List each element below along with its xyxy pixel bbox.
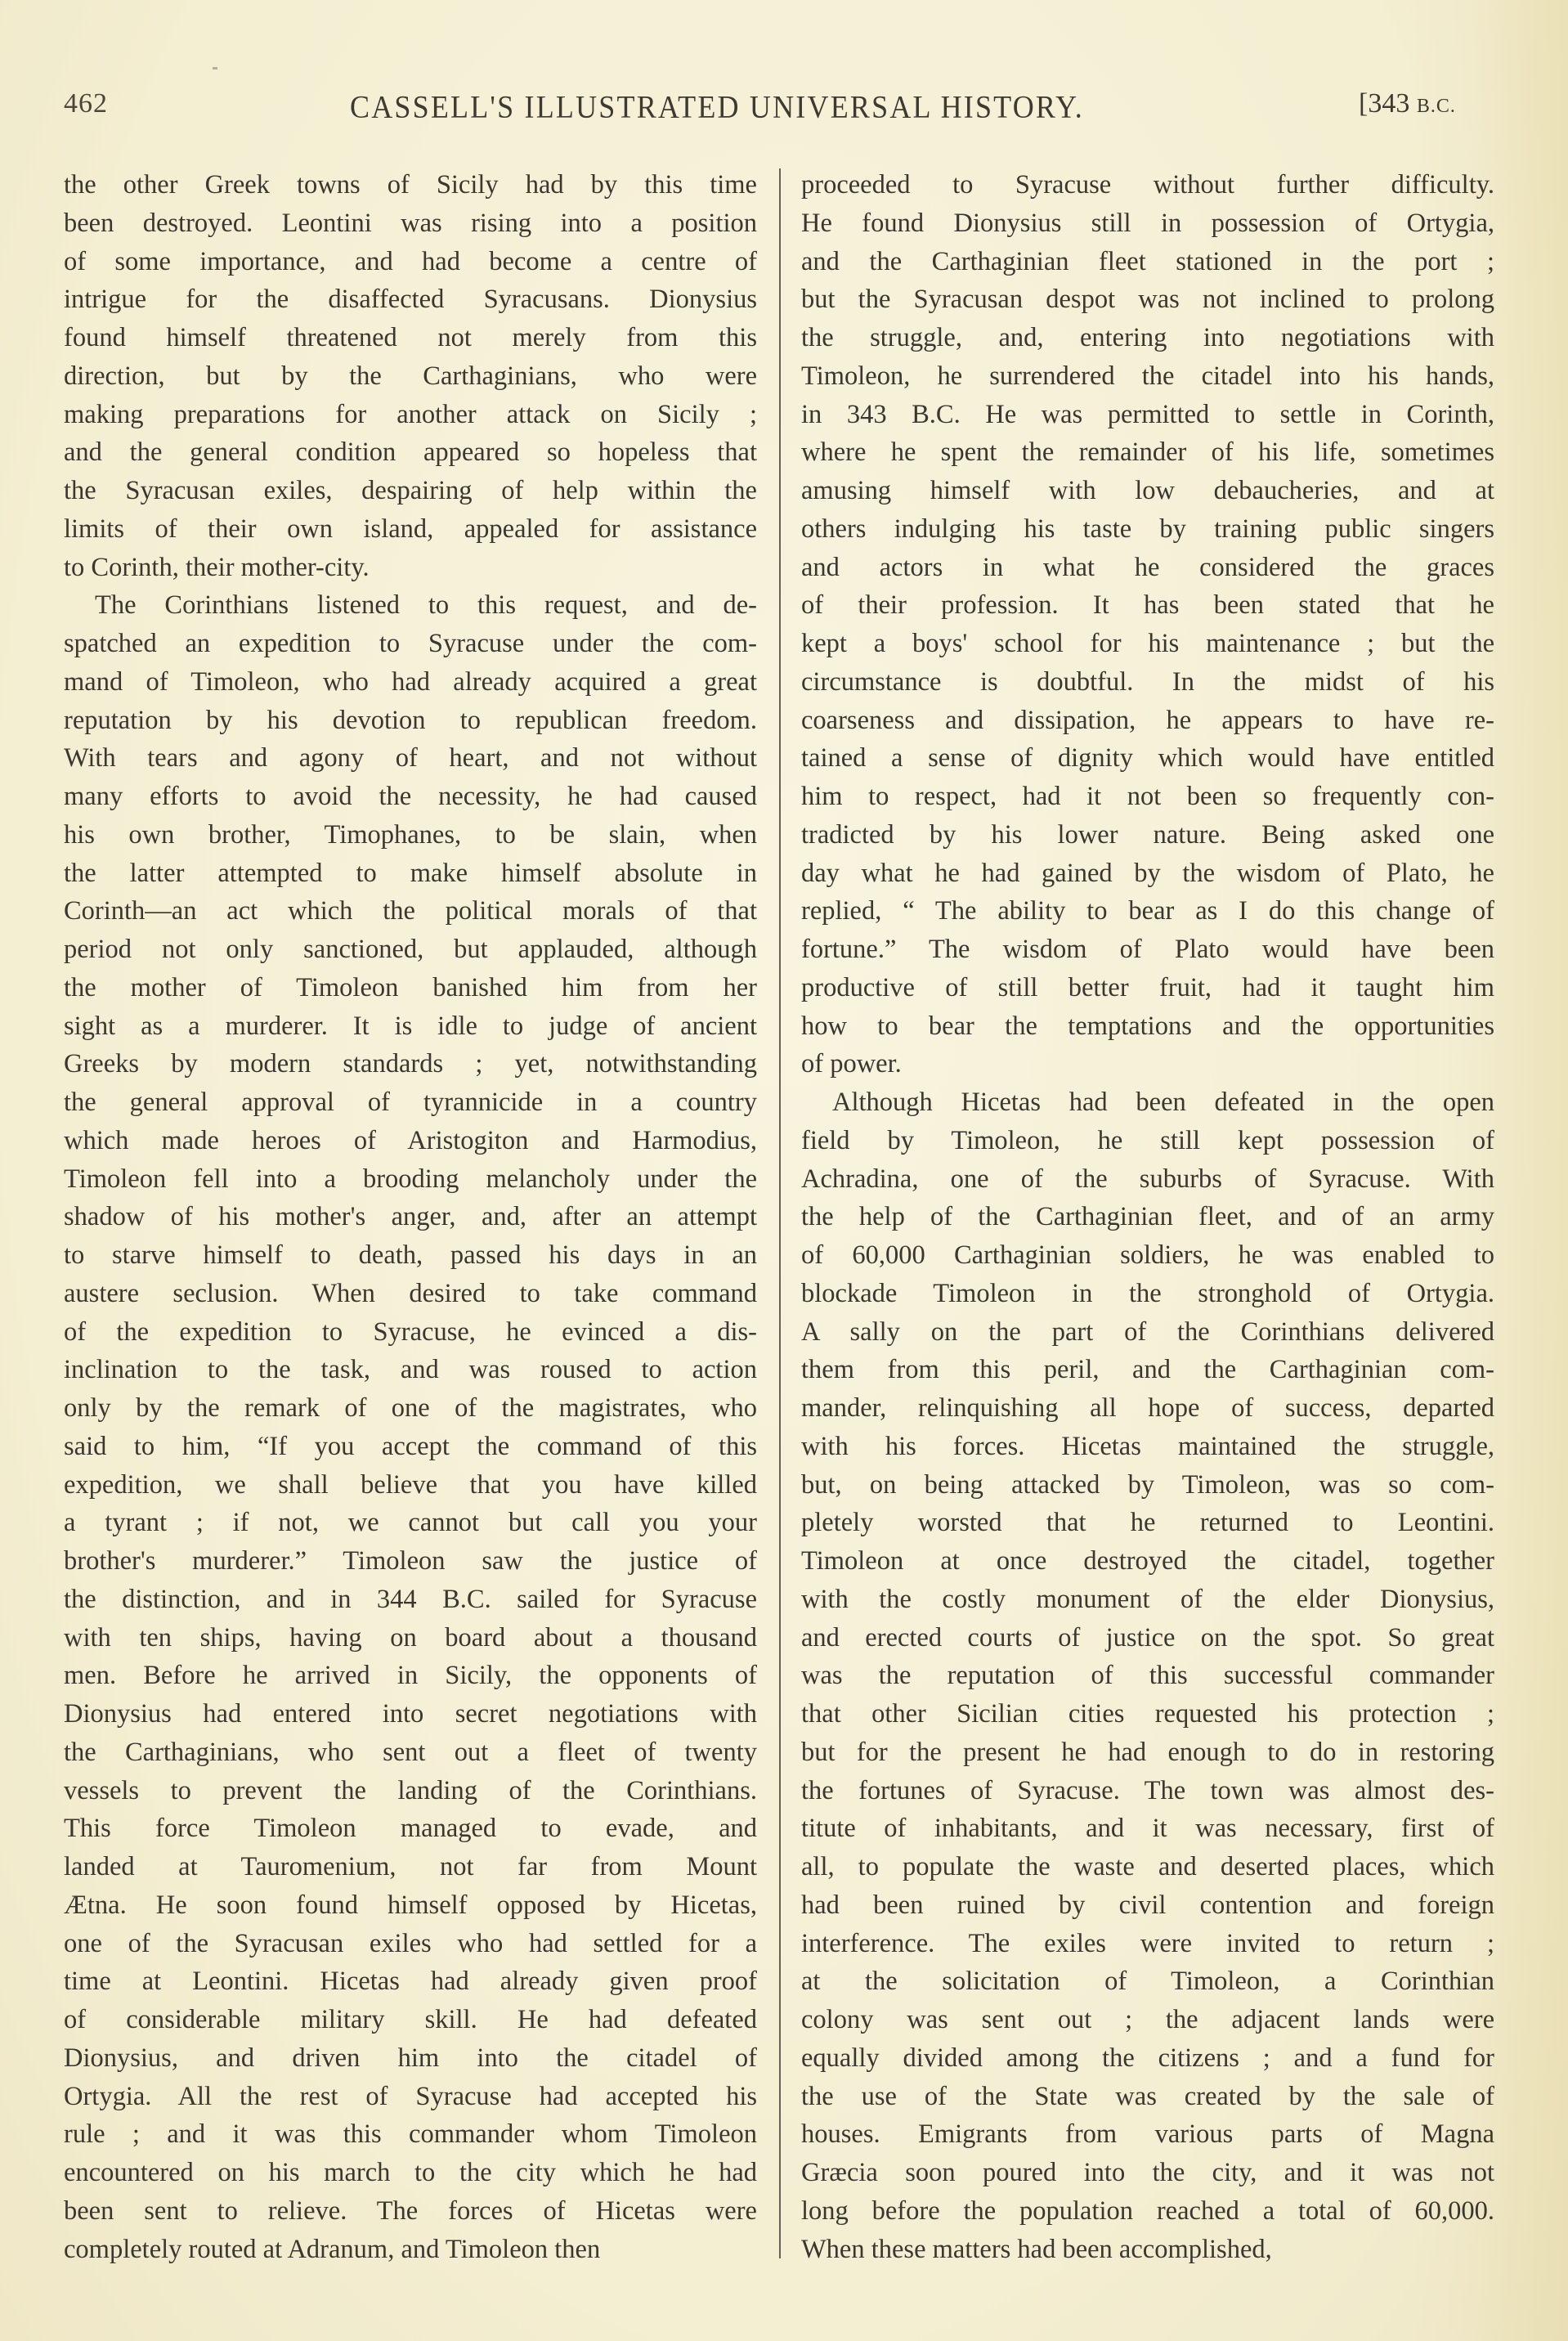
text-line: Ortygia. All the rest of Syracuse had ac…	[64, 2078, 757, 2116]
text-line: completely routed at Adranum, and Timole…	[64, 2231, 757, 2269]
text-line: of some importance, and had become a cen…	[64, 243, 757, 281]
text-line: which made heroes of Aristogiton and Har…	[64, 1122, 757, 1160]
text-line: houses. Emigrants from various parts of …	[801, 2115, 1494, 2154]
text-line: the other Greek towns of Sicily had by t…	[64, 166, 757, 204]
text-line: making preparations for another attack o…	[64, 396, 757, 434]
text-line: and erected courts of justice on the spo…	[801, 1619, 1494, 1657]
text-line: the use of the State was created by the …	[801, 2078, 1494, 2116]
text-line: Dionysius, and driven him into the citad…	[64, 2039, 757, 2078]
text-line: time at Leontini. Hicetas had already gi…	[64, 1962, 757, 2001]
text-line: Greeks by modern standards ; yet, notwit…	[64, 1045, 757, 1083]
text-line: sight as a murderer. It is idle to judge…	[64, 1007, 757, 1046]
text-line: with the costly monument of the elder Di…	[801, 1581, 1494, 1619]
column-divider-rule	[779, 168, 781, 2258]
text-line: been sent to relieve. The forces of Hice…	[64, 2192, 757, 2231]
text-line: The Corinthians listened to this request…	[64, 586, 757, 625]
text-line: interference. The exiles were invited to…	[801, 1925, 1494, 1963]
text-line: blockade Timoleon in the stronghold of O…	[801, 1275, 1494, 1313]
text-line: This force Timoleon managed to evade, an…	[64, 1810, 757, 1848]
text-line: had been ruined by civil contention and …	[801, 1886, 1494, 1925]
text-line: found himself threatened not merely from…	[64, 319, 757, 357]
text-line: the mother of Timoleon banished him from…	[64, 969, 757, 1007]
text-line: limits of their own island, appealed for…	[64, 510, 757, 549]
text-line: titute of inhabitants, and it was necess…	[801, 1810, 1494, 1848]
text-line: the general approval of tyrannicide in a…	[64, 1083, 757, 1122]
text-line: austere seclusion. When desired to take …	[64, 1275, 757, 1313]
text-line: He found Dionysius still in possession o…	[801, 204, 1494, 243]
text-line: said to him, “If you accept the command …	[64, 1428, 757, 1466]
date-marker-year: [343	[1359, 88, 1417, 119]
text-line: was the reputation of this successful co…	[801, 1657, 1494, 1695]
text-line: direction, but by the Carthaginians, who…	[64, 357, 757, 396]
text-line: intrigue for the disaffected Syracusans.…	[64, 280, 757, 319]
text-line: at the solicitation of Timoleon, a Corin…	[801, 1962, 1494, 2001]
text-line: Timoleon at once destroyed the citadel, …	[801, 1542, 1494, 1581]
text-line: to starve himself to death, passed his d…	[64, 1236, 757, 1275]
text-line: field by Timoleon, he still kept possess…	[801, 1122, 1494, 1160]
text-line: and the Carthaginian fleet stationed in …	[801, 243, 1494, 281]
date-marker-era: B.C.	[1417, 96, 1456, 117]
page-number: 462	[64, 88, 108, 119]
date-marker: [343 B.C.	[1359, 88, 1456, 119]
text-line: inclination to the task, and was roused …	[64, 1351, 757, 1389]
text-line: the latter attempted to make himself abs…	[64, 854, 757, 893]
text-line: where he spent the remainder of his life…	[801, 433, 1494, 472]
text-line: but the Syracusan despot was not incline…	[801, 280, 1494, 319]
text-line: kept a boys' school for his maintenance …	[801, 625, 1494, 663]
print-speck	[213, 67, 217, 70]
text-line: them from this peril, and the Carthagini…	[801, 1351, 1494, 1389]
text-line: in 343 B.C. He was permitted to settle i…	[801, 396, 1494, 434]
text-line: tradicted by his lower nature. Being ask…	[801, 816, 1494, 854]
text-line: Achradina, one of the suburbs of Syracus…	[801, 1160, 1494, 1199]
text-line: spatched an expedition to Syracuse under…	[64, 625, 757, 663]
text-line: colony was sent out ; the adjacent lands…	[801, 2001, 1494, 2039]
text-line: the Syracusan exiles, despairing of help…	[64, 472, 757, 510]
text-line: brother's murderer.” Timoleon saw the ju…	[64, 1542, 757, 1581]
text-line: vessels to prevent the landing of the Co…	[64, 1772, 757, 1810]
text-line: with his forces. Hicetas maintained the …	[801, 1428, 1494, 1466]
text-line: but, on being attacked by Timoleon, was …	[801, 1466, 1494, 1505]
text-line: of power.	[801, 1045, 1494, 1083]
text-line: with ten ships, having on board about a …	[64, 1619, 757, 1657]
text-line: encountered on his march to the city whi…	[64, 2154, 757, 2192]
text-line: pletely worsted that he returned to Leon…	[801, 1504, 1494, 1542]
text-line: that other Sicilian cities requested his…	[801, 1695, 1494, 1733]
text-line: been destroyed. Leontini was rising into…	[64, 204, 757, 243]
text-line: others indulging his taste by training p…	[801, 510, 1494, 549]
text-line: period not only sanctioned, but applaude…	[64, 931, 757, 969]
text-line: With tears and agony of heart, and not w…	[64, 739, 757, 778]
running-header: 462 CASSELL'S ILLUSTRATED UNIVERSAL HIST…	[0, 82, 1568, 131]
paragraph: the other Greek towns of Sicily had by t…	[64, 166, 757, 586]
text-line: many efforts to avoid the necessity, he …	[64, 778, 757, 816]
text-line: reputation by his devotion to republican…	[64, 702, 757, 740]
text-line: of 60,000 Carthaginian soldiers, he was …	[801, 1236, 1494, 1275]
text-line: fortune.” The wisdom of Plato would have…	[801, 931, 1494, 969]
text-line: Græcia soon poured into the city, and it…	[801, 2154, 1494, 2192]
text-line: him to respect, had it not been so frequ…	[801, 778, 1494, 816]
text-line: of considerable military skill. He had d…	[64, 2001, 757, 2039]
left-text-column: the other Greek towns of Sicily had by t…	[64, 166, 757, 2268]
text-line: men. Before he arrived in Sicily, the op…	[64, 1657, 757, 1695]
text-line: tained a sense of dignity which would ha…	[801, 739, 1494, 778]
text-line: replied, “ The ability to bear as I do t…	[801, 892, 1494, 931]
text-line: Although Hicetas had been defeated in th…	[801, 1083, 1494, 1122]
paragraph: The Corinthians listened to this request…	[64, 586, 757, 2268]
text-line: a tyrant ; if not, we cannot but call yo…	[64, 1504, 757, 1542]
text-line: the help of the Carthaginian fleet, and …	[801, 1198, 1494, 1236]
text-line: amusing himself with low debaucheries, a…	[801, 472, 1494, 510]
text-line: When these matters had been accomplished…	[801, 2231, 1494, 2269]
text-line: the fortunes of Syracuse. The town was a…	[801, 1772, 1494, 1810]
right-text-column: proceeded to Syracuse without further di…	[801, 166, 1494, 2268]
text-line: mand of Timoleon, who had already acquir…	[64, 663, 757, 702]
text-line: long before the population reached a tot…	[801, 2192, 1494, 2231]
text-line: and actors in what he considered the gra…	[801, 549, 1494, 587]
text-line: his own brother, Timophanes, to be slain…	[64, 816, 757, 854]
paragraph: Although Hicetas had been defeated in th…	[801, 1083, 1494, 2268]
text-line: only by the remark of one of the magistr…	[64, 1389, 757, 1428]
text-line: and the general condition appeared so ho…	[64, 433, 757, 472]
text-line: productive of still better fruit, had it…	[801, 969, 1494, 1007]
text-line: coarseness and dissipation, he appears t…	[801, 702, 1494, 740]
text-line: rule ; and it was this commander whom Ti…	[64, 2115, 757, 2154]
text-line: the distinction, and in 344 B.C. sailed …	[64, 1581, 757, 1619]
text-line: but for the present he had enough to do …	[801, 1733, 1494, 1772]
text-line: Dionysius had entered into secret negoti…	[64, 1695, 757, 1733]
text-line: Ætna. He soon found himself opposed by H…	[64, 1886, 757, 1925]
text-line: to Corinth, their mother-city.	[64, 549, 757, 587]
text-line: day what he had gained by the wisdom of …	[801, 854, 1494, 893]
text-line: shadow of his mother's anger, and, after…	[64, 1198, 757, 1236]
paragraph: proceeded to Syracuse without further di…	[801, 166, 1494, 1083]
text-line: of their profession. It has been stated …	[801, 586, 1494, 625]
text-line: circumstance is doubtful. In the midst o…	[801, 663, 1494, 702]
text-line: landed at Tauromenium, not far from Moun…	[64, 1848, 757, 1886]
text-line: proceeded to Syracuse without further di…	[801, 166, 1494, 204]
text-line: Corinth—an act which the political moral…	[64, 892, 757, 931]
text-line: all, to populate the waste and deserted …	[801, 1848, 1494, 1886]
text-line: one of the Syracusan exiles who had sett…	[64, 1925, 757, 1963]
running-title: CASSELL'S ILLUSTRATED UNIVERSAL HISTORY.	[350, 88, 1084, 125]
text-line: equally divided among the citizens ; and…	[801, 2039, 1494, 2078]
text-line: mander, relinquishing all hope of succes…	[801, 1389, 1494, 1428]
text-line: expedition, we shall believe that you ha…	[64, 1466, 757, 1505]
text-line: Timoleon fell into a brooding melancholy…	[64, 1160, 757, 1199]
text-line: A sally on the part of the Corinthians d…	[801, 1313, 1494, 1352]
text-line: how to bear the temptations and the oppo…	[801, 1007, 1494, 1046]
text-line: of the expedition to Syracuse, he evince…	[64, 1313, 757, 1352]
text-line: the struggle, and, entering into negotia…	[801, 319, 1494, 357]
text-line: Timoleon, he surrendered the citadel int…	[801, 357, 1494, 396]
text-line: the Carthaginians, who sent out a fleet …	[64, 1733, 757, 1772]
